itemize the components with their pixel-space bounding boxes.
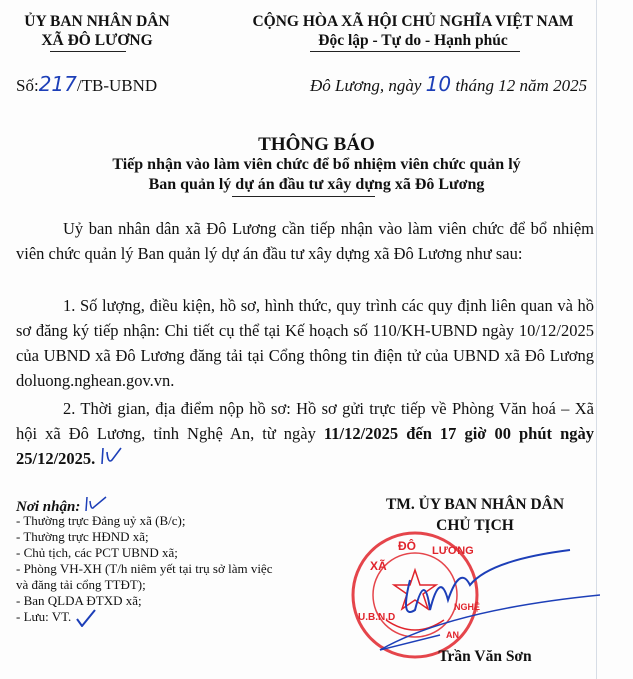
agency-name: ỦY BAN NHÂN DÂN	[12, 12, 182, 31]
document-subtitle-2: Ban quản lý dự án đầu tư xây dựng xã Đô …	[0, 176, 633, 194]
date-rest: tháng 12 năm 2025	[451, 76, 587, 95]
item-2-paragraph: 2. Thời gian, địa điểm nộp hồ sơ: Hồ sơ …	[16, 396, 594, 471]
recipient-item: - Thường trực HĐND xã;	[16, 529, 272, 545]
number-suffix: /TB-UBND	[77, 76, 157, 95]
title-underline	[232, 196, 375, 197]
recipient-item: - Ban QLDA ĐTXD xã;	[16, 593, 272, 609]
nation-motto: Độc lập - Tự do - Hạnh phúc	[232, 31, 594, 50]
signer-title: TM. ỦY BAN NHÂN DÂN	[360, 496, 590, 514]
recipient-item: - Thường trực Đảng uỷ xã (B/c);	[16, 513, 272, 529]
recipient-item: - Lưu: VT.	[16, 609, 272, 627]
number-prefix: Số:	[16, 76, 39, 95]
recipient-item-text: - Lưu: VT.	[16, 609, 71, 624]
document-date: Đô Lương, ngày 10 tháng 12 năm 2025	[310, 72, 587, 96]
document-title: THÔNG BÁO	[0, 134, 633, 156]
nation-name: CỘNG HÒA XÃ HỘI CHỦ NGHĨA VIỆT NAM	[232, 12, 594, 31]
agency-underline	[50, 51, 126, 52]
handwritten-day: 10	[426, 72, 451, 96]
checkmark-icon	[75, 609, 97, 627]
initials-mark-icon	[84, 495, 110, 513]
motto-underline	[310, 51, 520, 52]
recipients-list: - Thường trực Đảng uỷ xã (B/c); - Thường…	[16, 513, 272, 627]
signature-icon	[370, 540, 600, 660]
item-1-paragraph: 1. Số lượng, điều kiện, hồ sơ, hình thức…	[16, 293, 594, 393]
intro-paragraph: Uỷ ban nhân dân xã Đô Lương cần tiếp nhậ…	[16, 216, 594, 266]
recipient-item: - Chủ tịch, các PCT UBND xã;	[16, 545, 272, 561]
commune-name: XÃ ĐÔ LƯƠNG	[12, 31, 182, 50]
recipient-item: và đăng tải cổng TTĐT);	[16, 577, 272, 593]
agency-header: ỦY BAN NHÂN DÂN XÃ ĐÔ LƯƠNG	[12, 12, 182, 50]
initials-mark-icon	[99, 446, 129, 468]
document-number: Số:217/TB-UBND	[16, 72, 157, 96]
date-prefix: Đô Lương, ngày	[310, 76, 426, 95]
recipient-item: - Phòng VH-XH (T/h niêm yết tại trụ sở l…	[16, 561, 272, 577]
national-header: CỘNG HÒA XÃ HỘI CHỦ NGHĨA VIỆT NAM Độc l…	[232, 12, 594, 50]
signer-name: Trần Văn Sơn	[370, 648, 600, 666]
document-subtitle-1: Tiếp nhận vào làm viên chức để bổ nhiệm …	[0, 156, 633, 174]
handwritten-number: 217	[39, 72, 77, 96]
